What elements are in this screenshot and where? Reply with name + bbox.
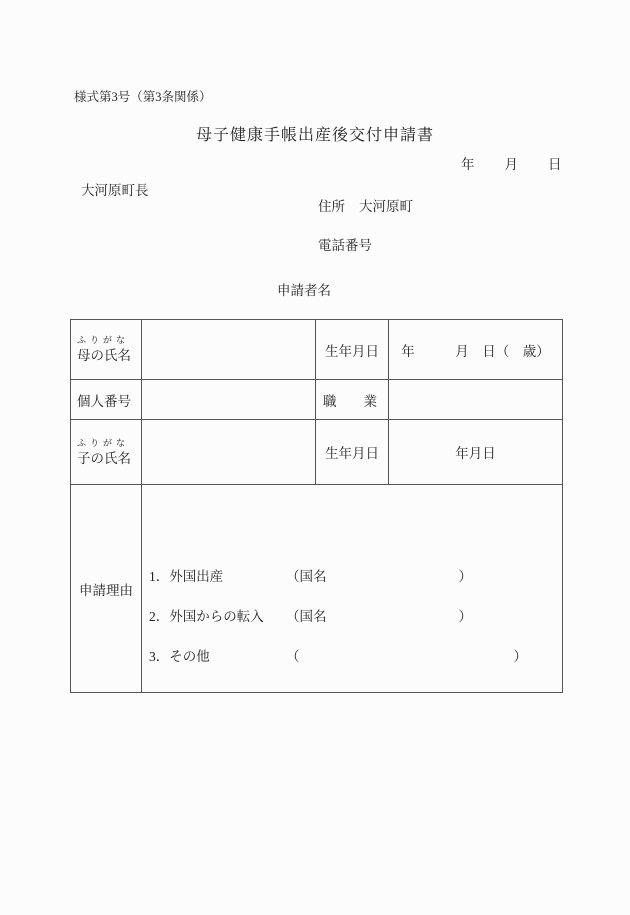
address-label: 住所 <box>318 199 345 215</box>
form-number: 様式第3号（第3条関係） <box>74 90 212 105</box>
date-month-label: 月 <box>505 157 519 173</box>
table-row-personal-number: 個人番号 職 業 <box>71 380 563 420</box>
child-birthdate-label: 生年月日 <box>316 420 389 485</box>
mother-name-label-cell: ふりがな 母の氏名 <box>71 320 142 380</box>
reason-options-list: 1．外国出産 （国名 ） 2．外国からの転入 （国名 ） <box>142 513 562 664</box>
reason-option-1-text: 1．外国出産 <box>149 570 286 584</box>
child-birthdate-format: 年月日 <box>389 420 563 485</box>
reason-option-3-blank: （ ） <box>286 650 527 664</box>
date-day-label: 日 <box>548 157 562 173</box>
occupation-label: 職 業 <box>316 380 389 420</box>
paren-open-country: （国名 <box>286 570 327 584</box>
application-form-page: 様式第3号（第3条関係） 母子健康手帳出産後交付申請書 年 月 日 大河原町長 … <box>0 0 630 915</box>
page-title: 母子健康手帳出産後交付申請書 <box>0 126 630 145</box>
mother-birthdate-format: 年 月 日（ 歳） <box>389 320 563 380</box>
reason-option-other: 3．その他 （ ） <box>149 650 562 664</box>
date-year-label: 年 <box>461 157 475 173</box>
reason-label: 申請理由 <box>71 485 142 693</box>
mother-name-input-cell <box>142 320 316 380</box>
address-value: 大河原町 <box>359 199 413 215</box>
paren-close: ） <box>459 570 473 584</box>
paren-close: ） <box>459 610 473 624</box>
addressee-mayor: 大河原町長 <box>81 183 149 199</box>
paren-close: ） <box>514 650 528 664</box>
table-row-child: ふりがな 子の氏名 生年月日 年月日 <box>71 420 563 485</box>
reason-option-2-text: 2．外国からの転入 <box>149 610 286 624</box>
child-name-label: 子の氏名 <box>77 452 141 466</box>
personal-number-label: 個人番号 <box>71 380 142 420</box>
date-line: 年 月 日 <box>461 157 562 173</box>
child-furigana-label: ふりがな <box>77 439 141 448</box>
applicant-name-label: 申請者名 <box>277 283 331 299</box>
reason-option-1-country-blank: （国名 ） <box>286 570 472 584</box>
phone-label: 電話番号 <box>318 238 372 254</box>
reason-option-2-country-blank: （国名 ） <box>286 610 472 624</box>
paren-open-country: （国名 <box>286 610 327 624</box>
table-row-reason: 申請理由 1．外国出産 （国名 ） 2．外国からの転入 （国名 <box>71 485 563 693</box>
paren-open: （ <box>286 650 300 664</box>
reason-option-3-text: 3．その他 <box>149 650 286 664</box>
reason-option-foreign-movein: 2．外国からの転入 （国名 ） <box>149 610 562 624</box>
address-line: 住所 大河原町 <box>318 199 413 215</box>
reason-option-foreign-birth: 1．外国出産 （国名 ） <box>149 570 562 584</box>
child-name-input-cell <box>142 420 316 485</box>
occupation-input-cell <box>389 380 563 420</box>
personal-number-input-cell <box>142 380 316 420</box>
application-form-table: ふりがな 母の氏名 生年月日 年 月 日（ 歳） 個人番号 職 業 ふりがな 子… <box>70 319 563 693</box>
table-row-mother: ふりがな 母の氏名 生年月日 年 月 日（ 歳） <box>71 320 563 380</box>
mother-birthdate-label: 生年月日 <box>316 320 389 380</box>
reason-options-cell: 1．外国出産 （国名 ） 2．外国からの転入 （国名 ） <box>142 485 563 693</box>
child-name-label-cell: ふりがな 子の氏名 <box>71 420 142 485</box>
mother-furigana-label: ふりがな <box>77 336 141 345</box>
mother-name-label: 母の氏名 <box>77 349 141 363</box>
